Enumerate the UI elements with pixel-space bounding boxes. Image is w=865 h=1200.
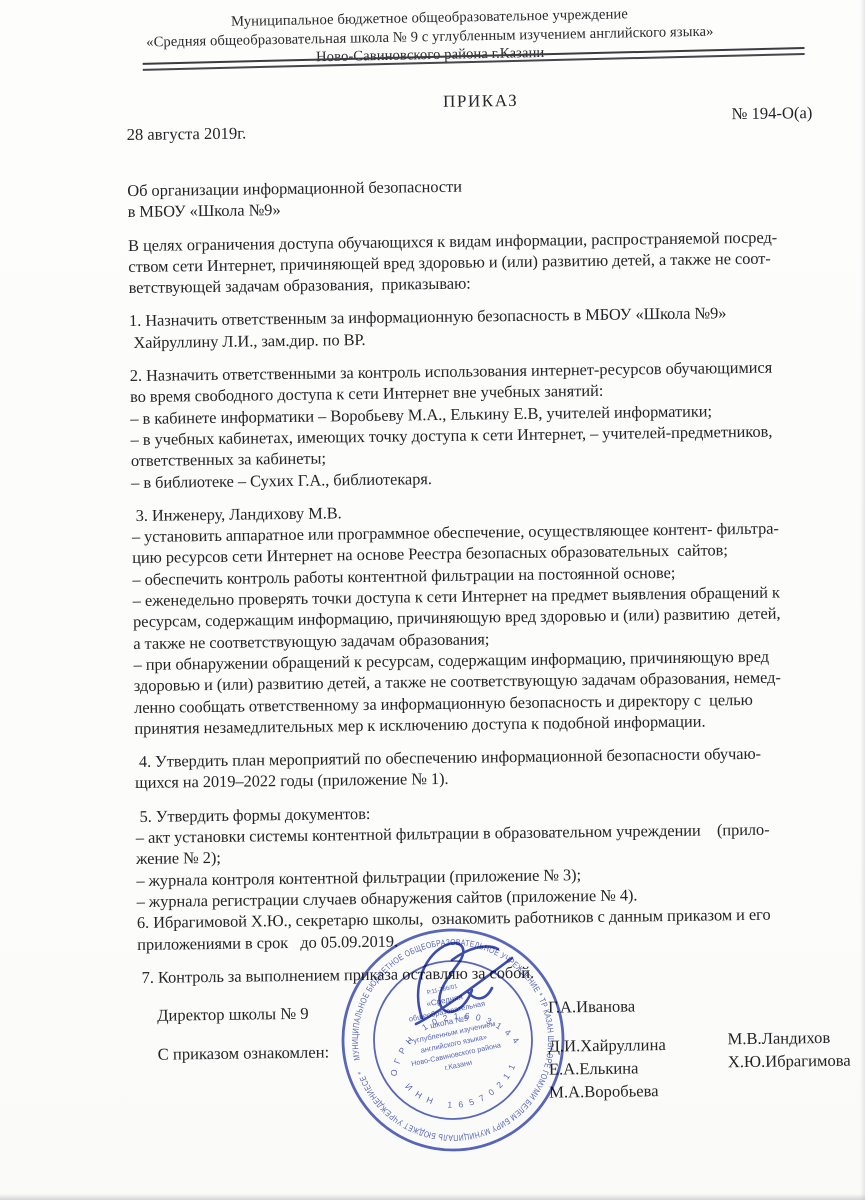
acknowledged-name: Х.Ю.Ибрагимова (728, 1051, 851, 1073)
document-page: Муниципальное бюджетное общеобразователь… (0, 0, 865, 1200)
order-date: 28 августа 2019г. (126, 123, 246, 145)
scan-edge (860, 0, 865, 1200)
acknowledged-name: М.В.Ландихов (727, 1028, 830, 1049)
order-body: Об организации информационной безопаснос… (127, 171, 838, 988)
director-title-label: Директор школы № 9 (157, 1004, 309, 1026)
order-number: № 194-О(а) (731, 103, 812, 124)
director-signature (388, 930, 538, 1035)
scanned-order-document: { "org": { "l1": "Муниципальное бюджетно… (0, 0, 865, 1200)
scan-edge (0, 1194, 865, 1200)
acknowledged-label: С приказом ознакомлен: (158, 1042, 330, 1064)
